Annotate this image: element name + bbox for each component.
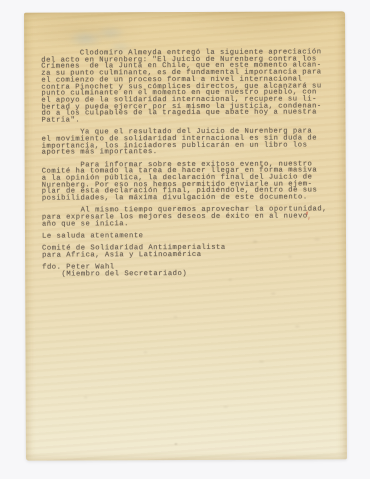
scanned-letter-photo: { "letter": { "paragraphs": [ " Clodomir… — [0, 0, 370, 479]
letter-signature-organization: Comité de Solidaridad Antiimperialista p… — [42, 244, 338, 259]
letter-page: Clodomiro Almeyda entregó la siguiente a… — [24, 11, 347, 460]
letter-paragraph-4: Al mismo tiempo queremos aprovechar la o… — [42, 207, 338, 228]
letter-body: Clodomiro Almeyda entregó la siguiente a… — [41, 49, 338, 283]
letter-paragraph-2: Ya que el resultado del Juicio de Nurenb… — [42, 129, 338, 157]
letter-salutation: Le saluda atentamente — [42, 232, 338, 240]
letter-signature-name: fdo. Peter Wahl (Miembro del Secretariad… — [42, 263, 338, 278]
photo-background: Clodomiro Almeyda entregó la siguiente a… — [0, 0, 370, 479]
letter-paragraph-1: Clodomiro Almeyda entregó la siguiente a… — [41, 49, 337, 124]
letter-paragraph-3: Para informar sobre este exitoso evento,… — [42, 161, 338, 203]
